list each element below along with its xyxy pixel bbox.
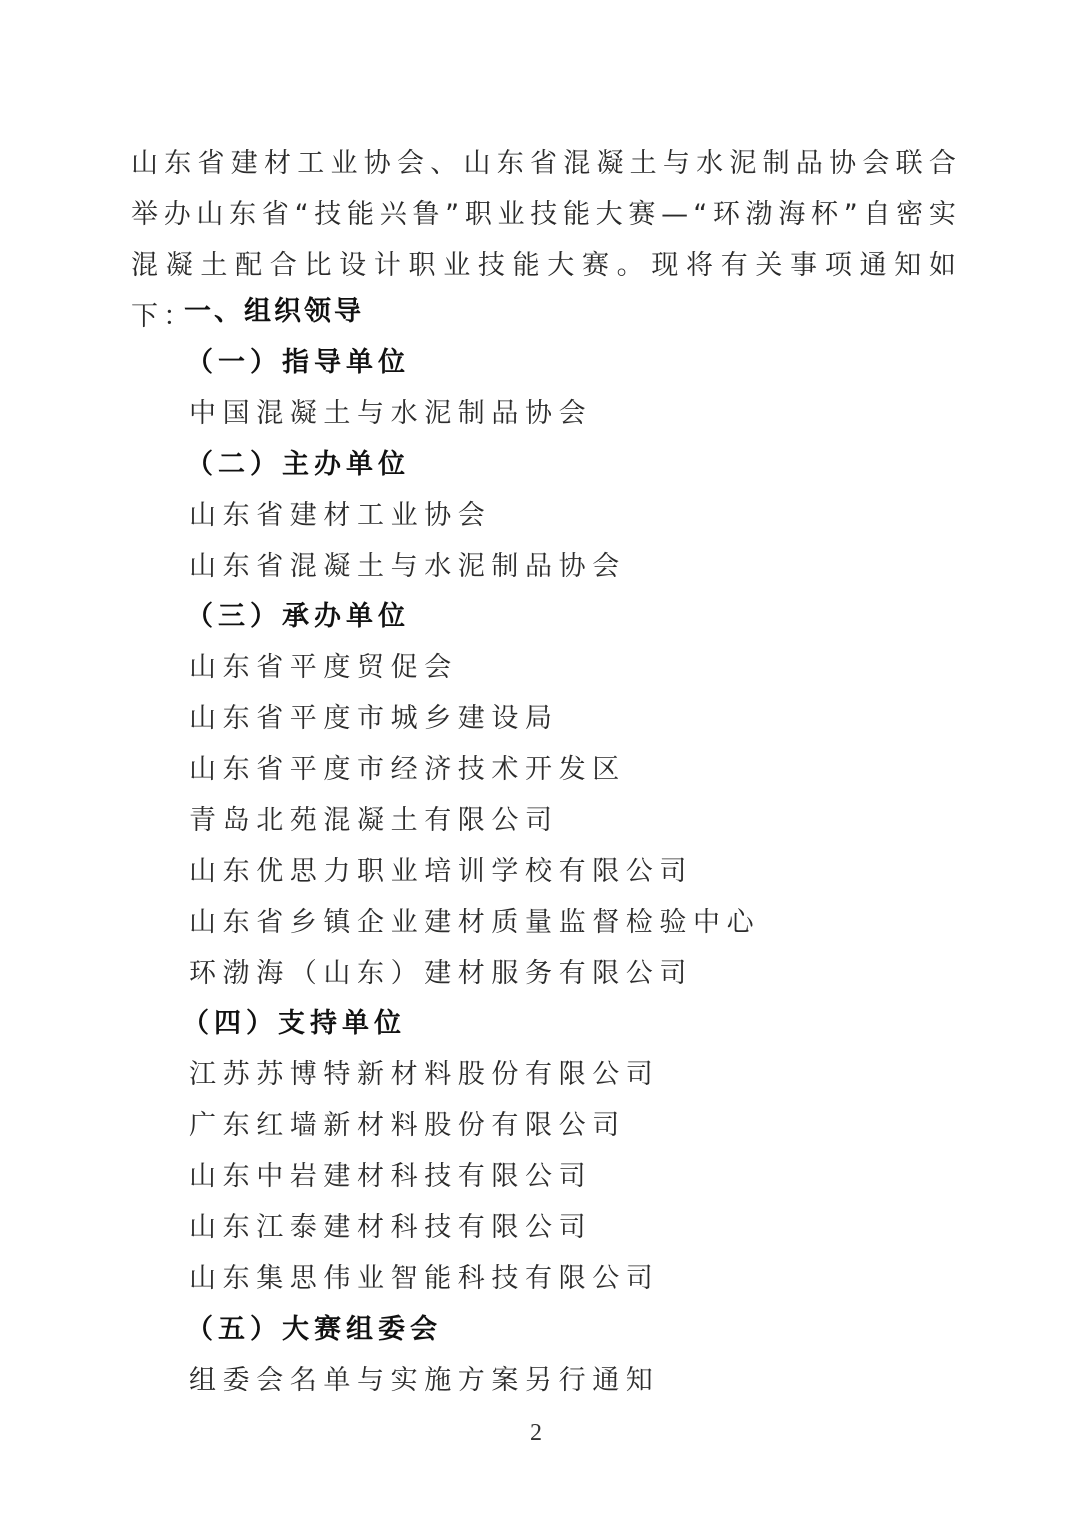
list-item: 山东省混凝土与水泥制品协会: [189, 547, 626, 587]
document-page: 山东省建材工业协会、山东省混凝土与水泥制品协会联合举办山东省“技能兴鲁”职业技能…: [0, 0, 1080, 1528]
list-item: 山东省平度贸促会: [189, 648, 458, 688]
list-item: 山东中岩建材科技有限公司: [189, 1157, 592, 1197]
subsection-heading-support-unit: （四）支持单位: [182, 1004, 406, 1044]
list-item: 广东红墙新材料股份有限公司: [189, 1106, 626, 1146]
list-item: 环渤海（山东）建材服务有限公司: [189, 954, 693, 994]
subsection-heading-organizer-unit: （三）承办单位: [186, 597, 410, 637]
list-item: 山东江泰建材科技有限公司: [189, 1208, 592, 1248]
list-item: 青岛北苑混凝土有限公司: [189, 801, 559, 841]
list-item: 山东省平度市城乡建设局: [189, 699, 559, 739]
subsection-heading-guiding-unit: （一）指导单位: [186, 343, 410, 383]
list-item: 山东省乡镇企业建材质量监督检验中心: [189, 903, 760, 943]
subsection-heading-host-unit: （二）主办单位: [186, 445, 410, 485]
list-item: 山东优思力职业培训学校有限公司: [189, 852, 693, 892]
list-item: 江苏苏博特新材料股份有限公司: [189, 1055, 659, 1095]
page-number: 2: [530, 1420, 542, 1447]
list-item: 组委会名单与实施方案另行通知: [189, 1361, 659, 1401]
subsection-heading-organizing-committee: （五）大赛组委会: [186, 1310, 442, 1350]
list-item: 山东集思伟业智能科技有限公司: [189, 1259, 659, 1299]
list-item: 中国混凝土与水泥制品协会: [189, 394, 592, 434]
list-item: 山东省平度市经济技术开发区: [189, 750, 626, 790]
list-item: 山东省建材工业协会: [189, 496, 491, 536]
section-heading-organization: 一、组织领导: [184, 292, 364, 332]
